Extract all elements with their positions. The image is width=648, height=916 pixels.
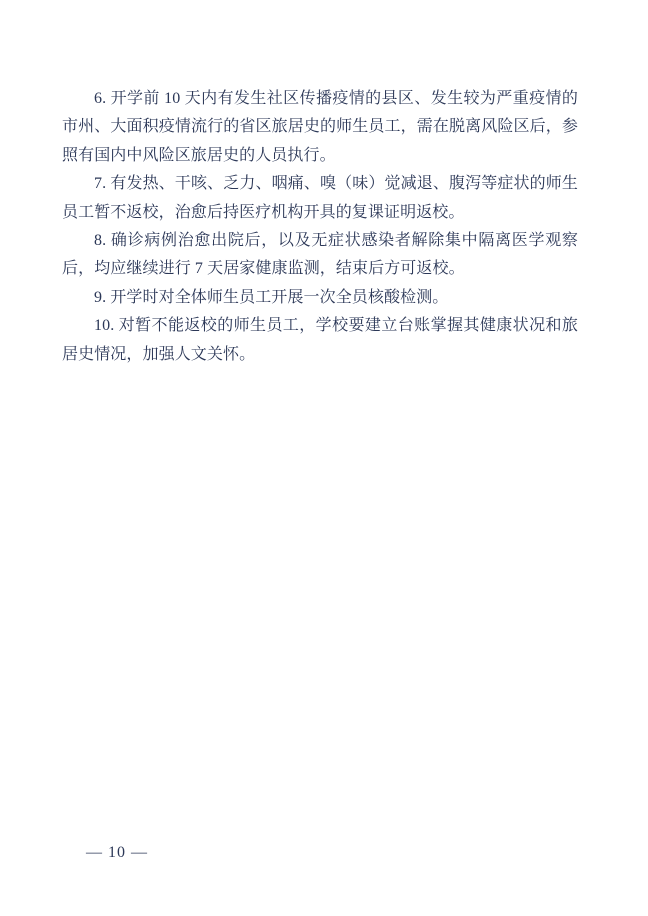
document-body: 6. 开学前 10 天内有发生社区传播疫情的县区、发生较为严重疫情的市州、大面积… (62, 85, 578, 369)
paragraph-item-6: 6. 开学前 10 天内有发生社区传播疫情的县区、发生较为严重疫情的市州、大面积… (62, 85, 578, 170)
page-footer: — 10 — (86, 843, 148, 863)
paragraph-item-9: 9. 开学时对全体师生员工开展一次全员核酸检测。 (62, 284, 578, 312)
paragraph-item-8: 8. 确诊病例治愈出院后，以及无症状感染者解除集中隔离医学观察后，均应继续进行 … (62, 227, 578, 284)
paragraph-item-10: 10. 对暂不能返校的师生员工，学校要建立台账掌握其健康状况和旅居史情况，加强人… (62, 312, 578, 369)
page-number: — 10 — (86, 844, 148, 861)
paragraph-item-7: 7. 有发热、干咳、乏力、咽痛、嗅（味）觉减退、腹泻等症状的师生员工暂不返校，治… (62, 170, 578, 227)
document-page: 6. 开学前 10 天内有发生社区传播疫情的县区、发生较为严重疫情的市州、大面积… (0, 0, 648, 916)
